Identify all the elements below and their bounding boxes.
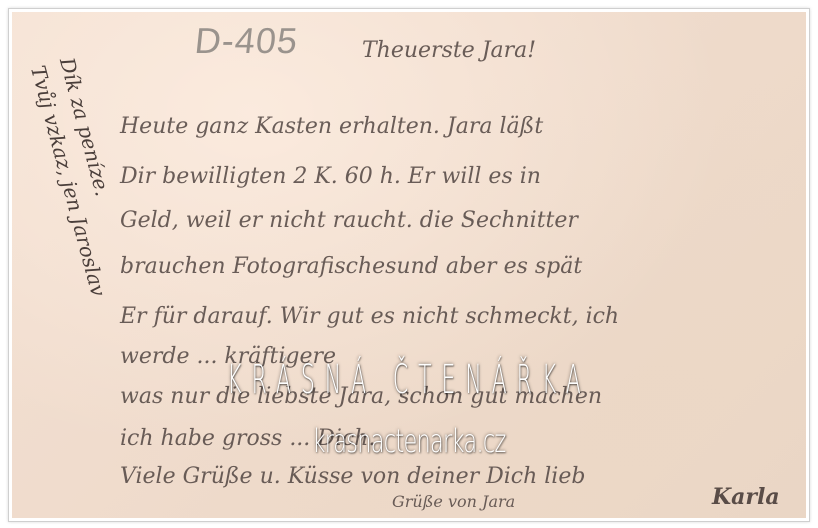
letter-line: Viele Grüße u. Küsse von deiner Dich lie…: [120, 464, 585, 489]
pencil-reference-number: D-405: [193, 20, 300, 62]
watermark-url: krasnactenarka.cz: [131, 422, 687, 460]
letter-line: Geld, weil er nicht raucht. die Sechnitt…: [120, 208, 578, 233]
letter-line: brauchen Fotografischesund aber es spät: [120, 254, 582, 279]
photo-frame: D-405 Dík za peníze. Tvůj vzkaz, jen Jar…: [8, 8, 810, 522]
letter-closing: Grüße von Jara: [392, 492, 515, 511]
letter-line: Er für darauf. Wir gut es nicht schmeckt…: [120, 304, 619, 329]
letter-greeting: Theuerste Jara!: [362, 38, 536, 63]
watermark-title: KRÁSNÁ ČTENÁŘKA: [191, 357, 628, 403]
letter-line: Heute ganz Kasten erhalten. Jara läßt: [120, 114, 543, 139]
letter-signature: Karla: [712, 484, 780, 510]
postcard-image: D-405 Dík za peníze. Tvůj vzkaz, jen Jar…: [12, 12, 806, 518]
letter-line: Dir bewilligten 2 K. 60 h. Er will es in: [120, 164, 541, 189]
